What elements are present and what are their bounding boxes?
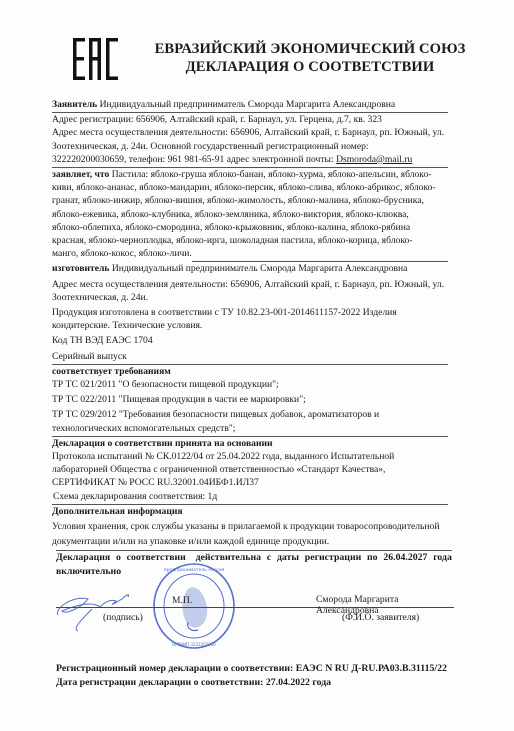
requirement-item: технологических вспомогательных средств"… bbox=[52, 422, 447, 435]
validity-word: Декларация bbox=[56, 551, 110, 565]
requirements-label: соответствует требованиям bbox=[52, 365, 447, 378]
activity-address-line2: Зоотехническая, д. 24и. Основной государ… bbox=[52, 140, 447, 153]
basis-section: Декларация о соответствии принята на осн… bbox=[52, 437, 447, 505]
validity-word: с bbox=[267, 551, 271, 565]
validity-date: 26.04.2027 bbox=[383, 551, 427, 565]
requirement-item: ТР ТС 021/2011 "О безопасности пищевой п… bbox=[52, 378, 447, 391]
product-line: яблоко-облепиха, яблоко-смородина, яблок… bbox=[52, 221, 447, 234]
product-line: красная, яблоко-черноплодка, яблоко-ирга… bbox=[52, 234, 447, 247]
registration-address: Адрес регистрации: 656906, Алтайский кра… bbox=[52, 113, 447, 126]
validity-line1: Декларация о соответствии действительна … bbox=[56, 551, 452, 565]
serial-release: Серийный выпуск bbox=[52, 350, 447, 363]
manufacturer-section: изготовитель Индивидуальный предпринимат… bbox=[52, 262, 447, 364]
requirements-section: соответствует требованиям ТР ТС 021/2011… bbox=[52, 365, 447, 437]
validity-word: по bbox=[367, 551, 378, 565]
product-line: яблоко-ежевика, яблоко-клубника, яблоко-… bbox=[52, 208, 447, 221]
activity-address-line1: Адрес места осуществления деятельности: … bbox=[52, 126, 447, 139]
signature-label: (подпись) bbox=[103, 612, 143, 623]
email-link[interactable]: Dsmoroda@mail.ru bbox=[336, 154, 412, 165]
registration-number: Регистрационный номер декларации о соотв… bbox=[56, 663, 447, 674]
additional-info-section: Дополнительная информация Условия хранен… bbox=[52, 505, 447, 549]
title-line-union: ЕВРАЗИЙСКИЙ ЭКОНОМИЧЕСКИЙ СОЮЗ bbox=[145, 40, 475, 58]
manufacturer-name: Индивидуальный предприниматель Сморода М… bbox=[109, 263, 407, 274]
manufacturer-address-line2: Зоотехническая, д. 24и. bbox=[52, 291, 447, 304]
validity-word: о bbox=[116, 551, 121, 565]
manufacturer-address-line1: Адрес места осуществления деятельности: … bbox=[52, 278, 447, 291]
validity-line2: включительно bbox=[56, 565, 452, 579]
produced-according-line2: кондитерские. Технические условия. bbox=[52, 319, 447, 332]
declares-label: заявляет, что bbox=[52, 169, 109, 180]
official-stamp-icon: предприниматель Россия ОГРНИП 3222202000 bbox=[152, 562, 236, 650]
tn-ved-code: Код ТН ВЭД ЕАЭС 1704 bbox=[52, 334, 447, 347]
svg-text:ОГРНИП 3222202000: ОГРНИП 3222202000 bbox=[172, 642, 216, 647]
validity-word: даты bbox=[277, 551, 299, 565]
signature-block: предприниматель Россия ОГРНИП 3222202000… bbox=[56, 580, 456, 660]
applicant-label: Заявитель bbox=[52, 99, 97, 110]
svg-text:предприниматель Россия: предприниматель Россия bbox=[164, 567, 225, 573]
validity-word: года bbox=[433, 551, 452, 565]
product-line: манго, яблоко-кокос, яблоко-личи. bbox=[52, 247, 447, 260]
eac-logo-icon bbox=[73, 38, 119, 80]
ogrn-phone: 322220200030659, телефон: 961 981-65-91 … bbox=[52, 154, 336, 165]
document-title: ЕВРАЗИЙСКИЙ ЭКОНОМИЧЕСКИЙ СОЮЗ ДЕКЛАРАЦИ… bbox=[145, 40, 475, 76]
additional-info-line: Условия хранения, срок службы указаны в … bbox=[52, 520, 447, 533]
requirement-item: ТР ТС 022/2011 "Пищевая продукция в част… bbox=[52, 393, 447, 406]
declaration-body: Заявитель Индивидуальный предприниматель… bbox=[52, 98, 447, 549]
declaration-scheme: Схема декларирования соответствия: 1д bbox=[52, 490, 447, 503]
handwritten-signature-icon bbox=[52, 585, 132, 635]
basis-label: Декларация о соответствии принята на осн… bbox=[52, 437, 447, 450]
product-line: киви, яблоко-ананас, яблоко-мандарин, яб… bbox=[52, 181, 447, 194]
title-line-declaration: ДЕКЛАРАЦИЯ О СООТВЕТСТВИИ bbox=[145, 58, 475, 76]
validity-statement: Декларация о соответствии действительна … bbox=[56, 551, 452, 579]
registration-date: Дата регистрации декларации о соответств… bbox=[56, 677, 331, 688]
basis-line: Протокола испытаний № СК.0122/04 от 25.0… bbox=[52, 450, 447, 463]
full-name-label: (Ф.И.О. заявителя) bbox=[342, 612, 419, 623]
product-line: гранат, яблоко-инжир, яблоко-вишня, ябло… bbox=[52, 194, 447, 207]
basis-line: СЕРТИФИКАТ № РОСС RU.32001.04ИБФ1.ИЛ37 bbox=[52, 476, 447, 489]
additional-info-label: Дополнительная информация bbox=[52, 505, 447, 518]
produced-according-line1: Продукция изготовлена в соответствии с Т… bbox=[52, 306, 447, 319]
declares-section: заявляет, что Пастила: яблоко-груша ябло… bbox=[52, 168, 447, 262]
product-line: Пастила: яблоко-груша яблоко-банан, ябло… bbox=[109, 169, 431, 180]
validity-word: регистрации bbox=[305, 551, 361, 565]
manufacturer-label: изготовитель bbox=[52, 263, 109, 274]
additional-info-line: документации и/или на упаковке и/или каж… bbox=[52, 535, 447, 548]
applicant-name: Индивидуальный предприниматель Сморода М… bbox=[97, 99, 395, 110]
stamp-place-label: М.П. bbox=[172, 595, 192, 606]
applicant-section: Заявитель Индивидуальный предприниматель… bbox=[52, 98, 447, 168]
requirement-item: ТР ТС 029/2012 "Требования безопасности … bbox=[52, 408, 447, 421]
basis-line: лабораторией Общества с ограниченной отв… bbox=[52, 463, 447, 476]
